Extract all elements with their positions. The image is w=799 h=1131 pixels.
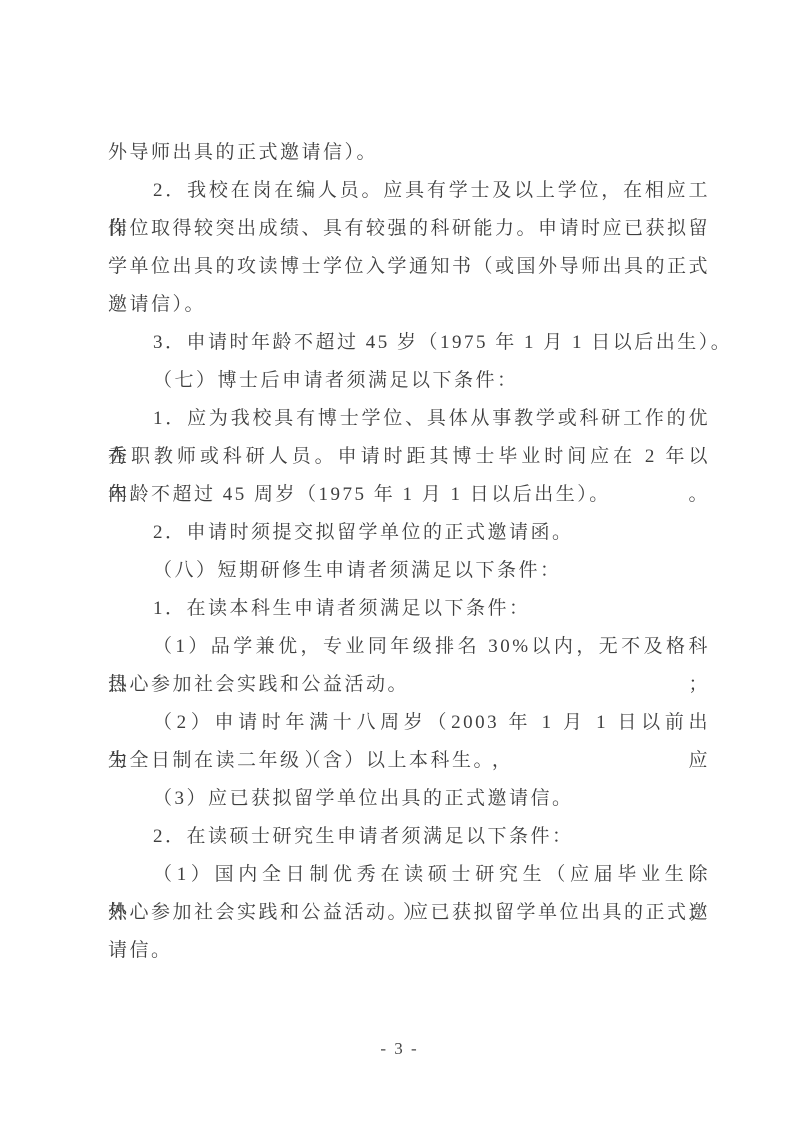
document-line: （1）品学兼优，专业同年级排名 30%以内，无不及格科目； (108, 628, 710, 666)
document-body: 外导师出具的正式邀请信）。2．我校在岗在编人员。应具有学士及以上学位，在相应工作… (108, 134, 710, 970)
document-line: （1）国内全日制优秀在读硕士研究生（应届毕业生除外）； (108, 856, 710, 894)
document-page: 外导师出具的正式邀请信）。2．我校在岗在编人员。应具有学士及以上学位，在相应工作… (0, 0, 799, 1131)
document-line: 3．申请时年龄不超过 45 岁（1975 年 1 月 1 日以后出生）。 (108, 324, 710, 362)
document-line: 外导师出具的正式邀请信）。 (108, 134, 710, 172)
document-line: 2．申请时须提交拟留学单位的正式邀请函。 (108, 514, 710, 552)
document-line: 1．在读本科生申请者须满足以下条件： (108, 590, 710, 628)
document-line: 学单位出具的攻读博士学位入学通知书（或国外导师出具的正式 (108, 248, 710, 286)
document-line: 请信。 (108, 932, 710, 970)
page-number: - 3 - (0, 1035, 799, 1063)
document-line: （八）短期研修生申请者须满足以下条件： (108, 552, 710, 590)
document-line: 1．应为我校具有博士学位、具体从事教学或科研工作的优秀 (108, 400, 710, 438)
document-line: 2．我校在岗在编人员。应具有学士及以上学位，在相应工作 (108, 172, 710, 210)
document-line: 邀请信）。 (108, 286, 710, 324)
document-line: （七）博士后申请者须满足以下条件： (108, 362, 710, 400)
document-line: （3）应已获拟留学单位出具的正式邀请信。 (108, 780, 710, 818)
document-line: 热心参加社会实践和公益活动。应已获拟留学单位出具的正式邀 (108, 894, 710, 932)
document-line: （2）申请时年满十八周岁（2003 年 1 月 1 日以前出生），应 (108, 704, 710, 742)
document-line: 岗位取得较突出成绩、具有较强的科研能力。申请时应已获拟留 (108, 210, 710, 248)
document-line: 2．在读硕士研究生申请者须满足以下条件： (108, 818, 710, 856)
document-line: 在职教师或科研人员。申请时距其博士毕业时间应在 2 年以内。 (108, 438, 710, 476)
